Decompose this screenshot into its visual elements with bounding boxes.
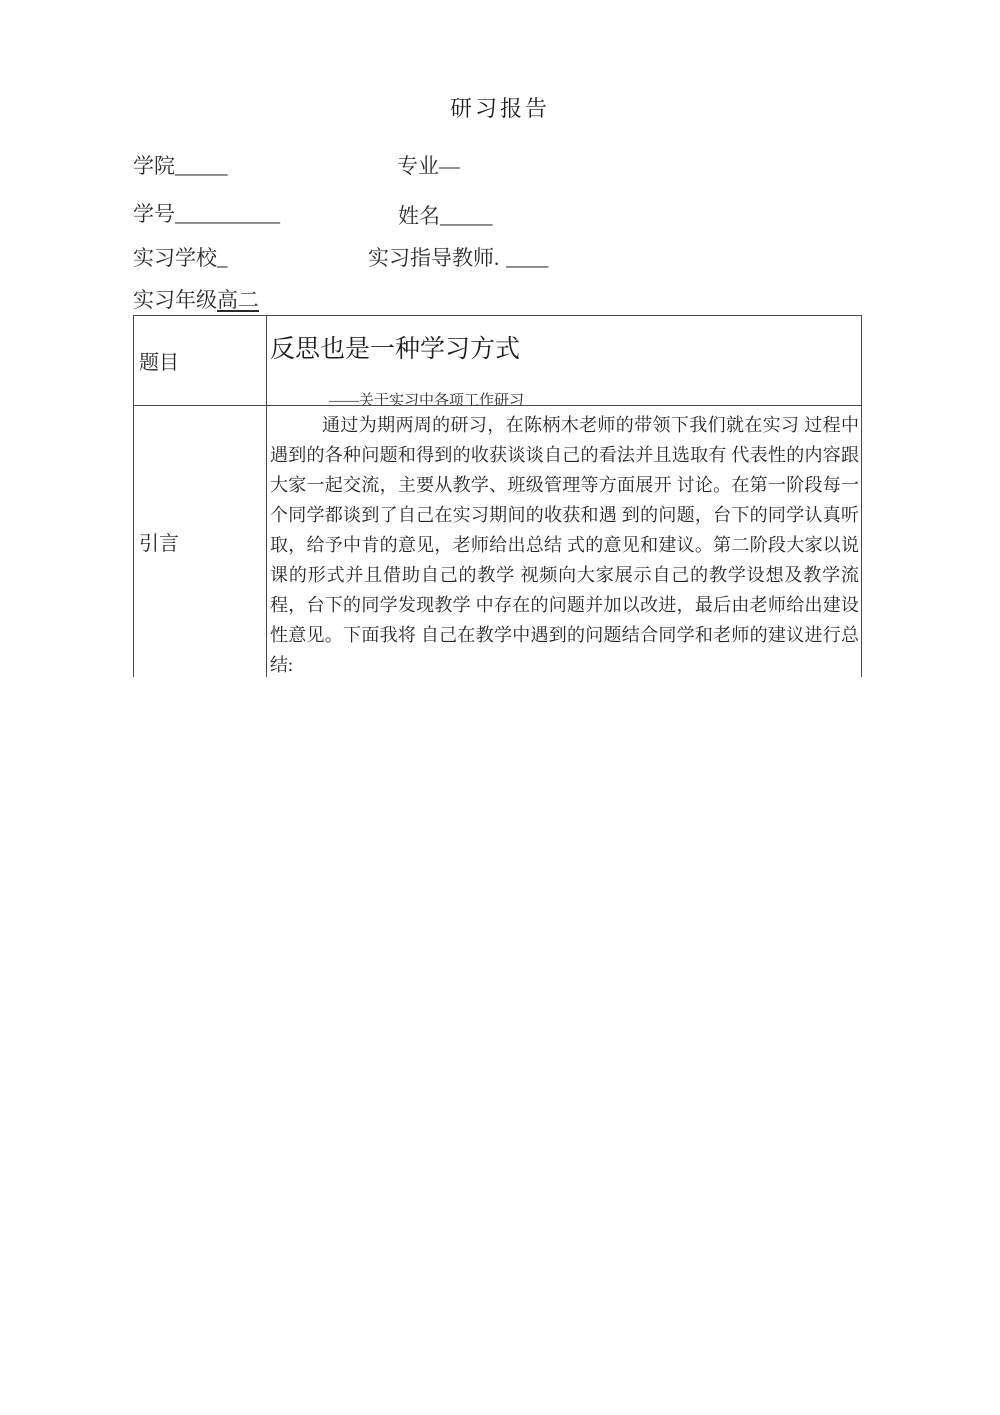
introduction-cell: 通过为期两周的研习，在陈柄木老师的带领下我们就在实习 过程中遇到的各种问题和得到… — [267, 406, 861, 677]
college-blank-line: _____ — [175, 154, 228, 178]
college-field: 学院_____ — [133, 150, 228, 180]
topic-cell: 反思也是一种学习方式 ——关于实习中各项工作研习 — [267, 316, 861, 405]
row-header-topic: 题目 — [134, 316, 267, 405]
major-field: 专业— — [397, 150, 460, 180]
table-row-title: 题目 反思也是一种学习方式 ——关于实习中各项工作研习 — [134, 316, 861, 406]
introduction-paragraph: 通过为期两周的研习，在陈柄木老师的带领下我们就在实习 过程中遇到的各种问题和得到… — [267, 406, 861, 677]
major-blank-line: — — [439, 154, 460, 178]
internship-grade-field: 实习年级高二 — [133, 284, 259, 314]
document-title: 研习报告 — [0, 92, 1000, 123]
internship-grade-value: 高二 — [217, 288, 259, 312]
college-label: 学院 — [133, 154, 175, 178]
internship-school-label: 实习学校 — [133, 246, 217, 270]
advisor-blank-line: ____ — [506, 246, 548, 270]
report-table: 题目 反思也是一种学习方式 ——关于实习中各项工作研习 引言 通过为期两周的研习… — [133, 315, 862, 677]
report-subtitle: ——关于实习中各项工作研习 — [329, 389, 861, 405]
report-main-title: 反思也是一种学习方式 — [270, 329, 861, 365]
student-id-blank-line: __________ — [175, 202, 280, 226]
internship-school-field: 实习学校_ — [133, 242, 228, 272]
student-id-field: 学号__________ — [133, 198, 280, 228]
internship-school-blank-line: _ — [217, 246, 228, 270]
student-id-label: 学号 — [133, 202, 175, 226]
internship-grade-label: 实习年级 — [133, 288, 217, 312]
name-label: 姓名 — [398, 204, 440, 228]
major-label: 专业 — [397, 154, 439, 178]
name-field: 姓名_____ — [398, 200, 493, 230]
table-row-introduction: 引言 通过为期两周的研习，在陈柄木老师的带领下我们就在实习 过程中遇到的各种问题… — [134, 406, 861, 677]
row-header-introduction: 引言 — [134, 406, 267, 677]
name-blank-line: _____ — [440, 204, 493, 228]
advisor-label: 实习指导教师. — [368, 246, 499, 270]
advisor-field: 实习指导教师.____ — [368, 242, 548, 272]
